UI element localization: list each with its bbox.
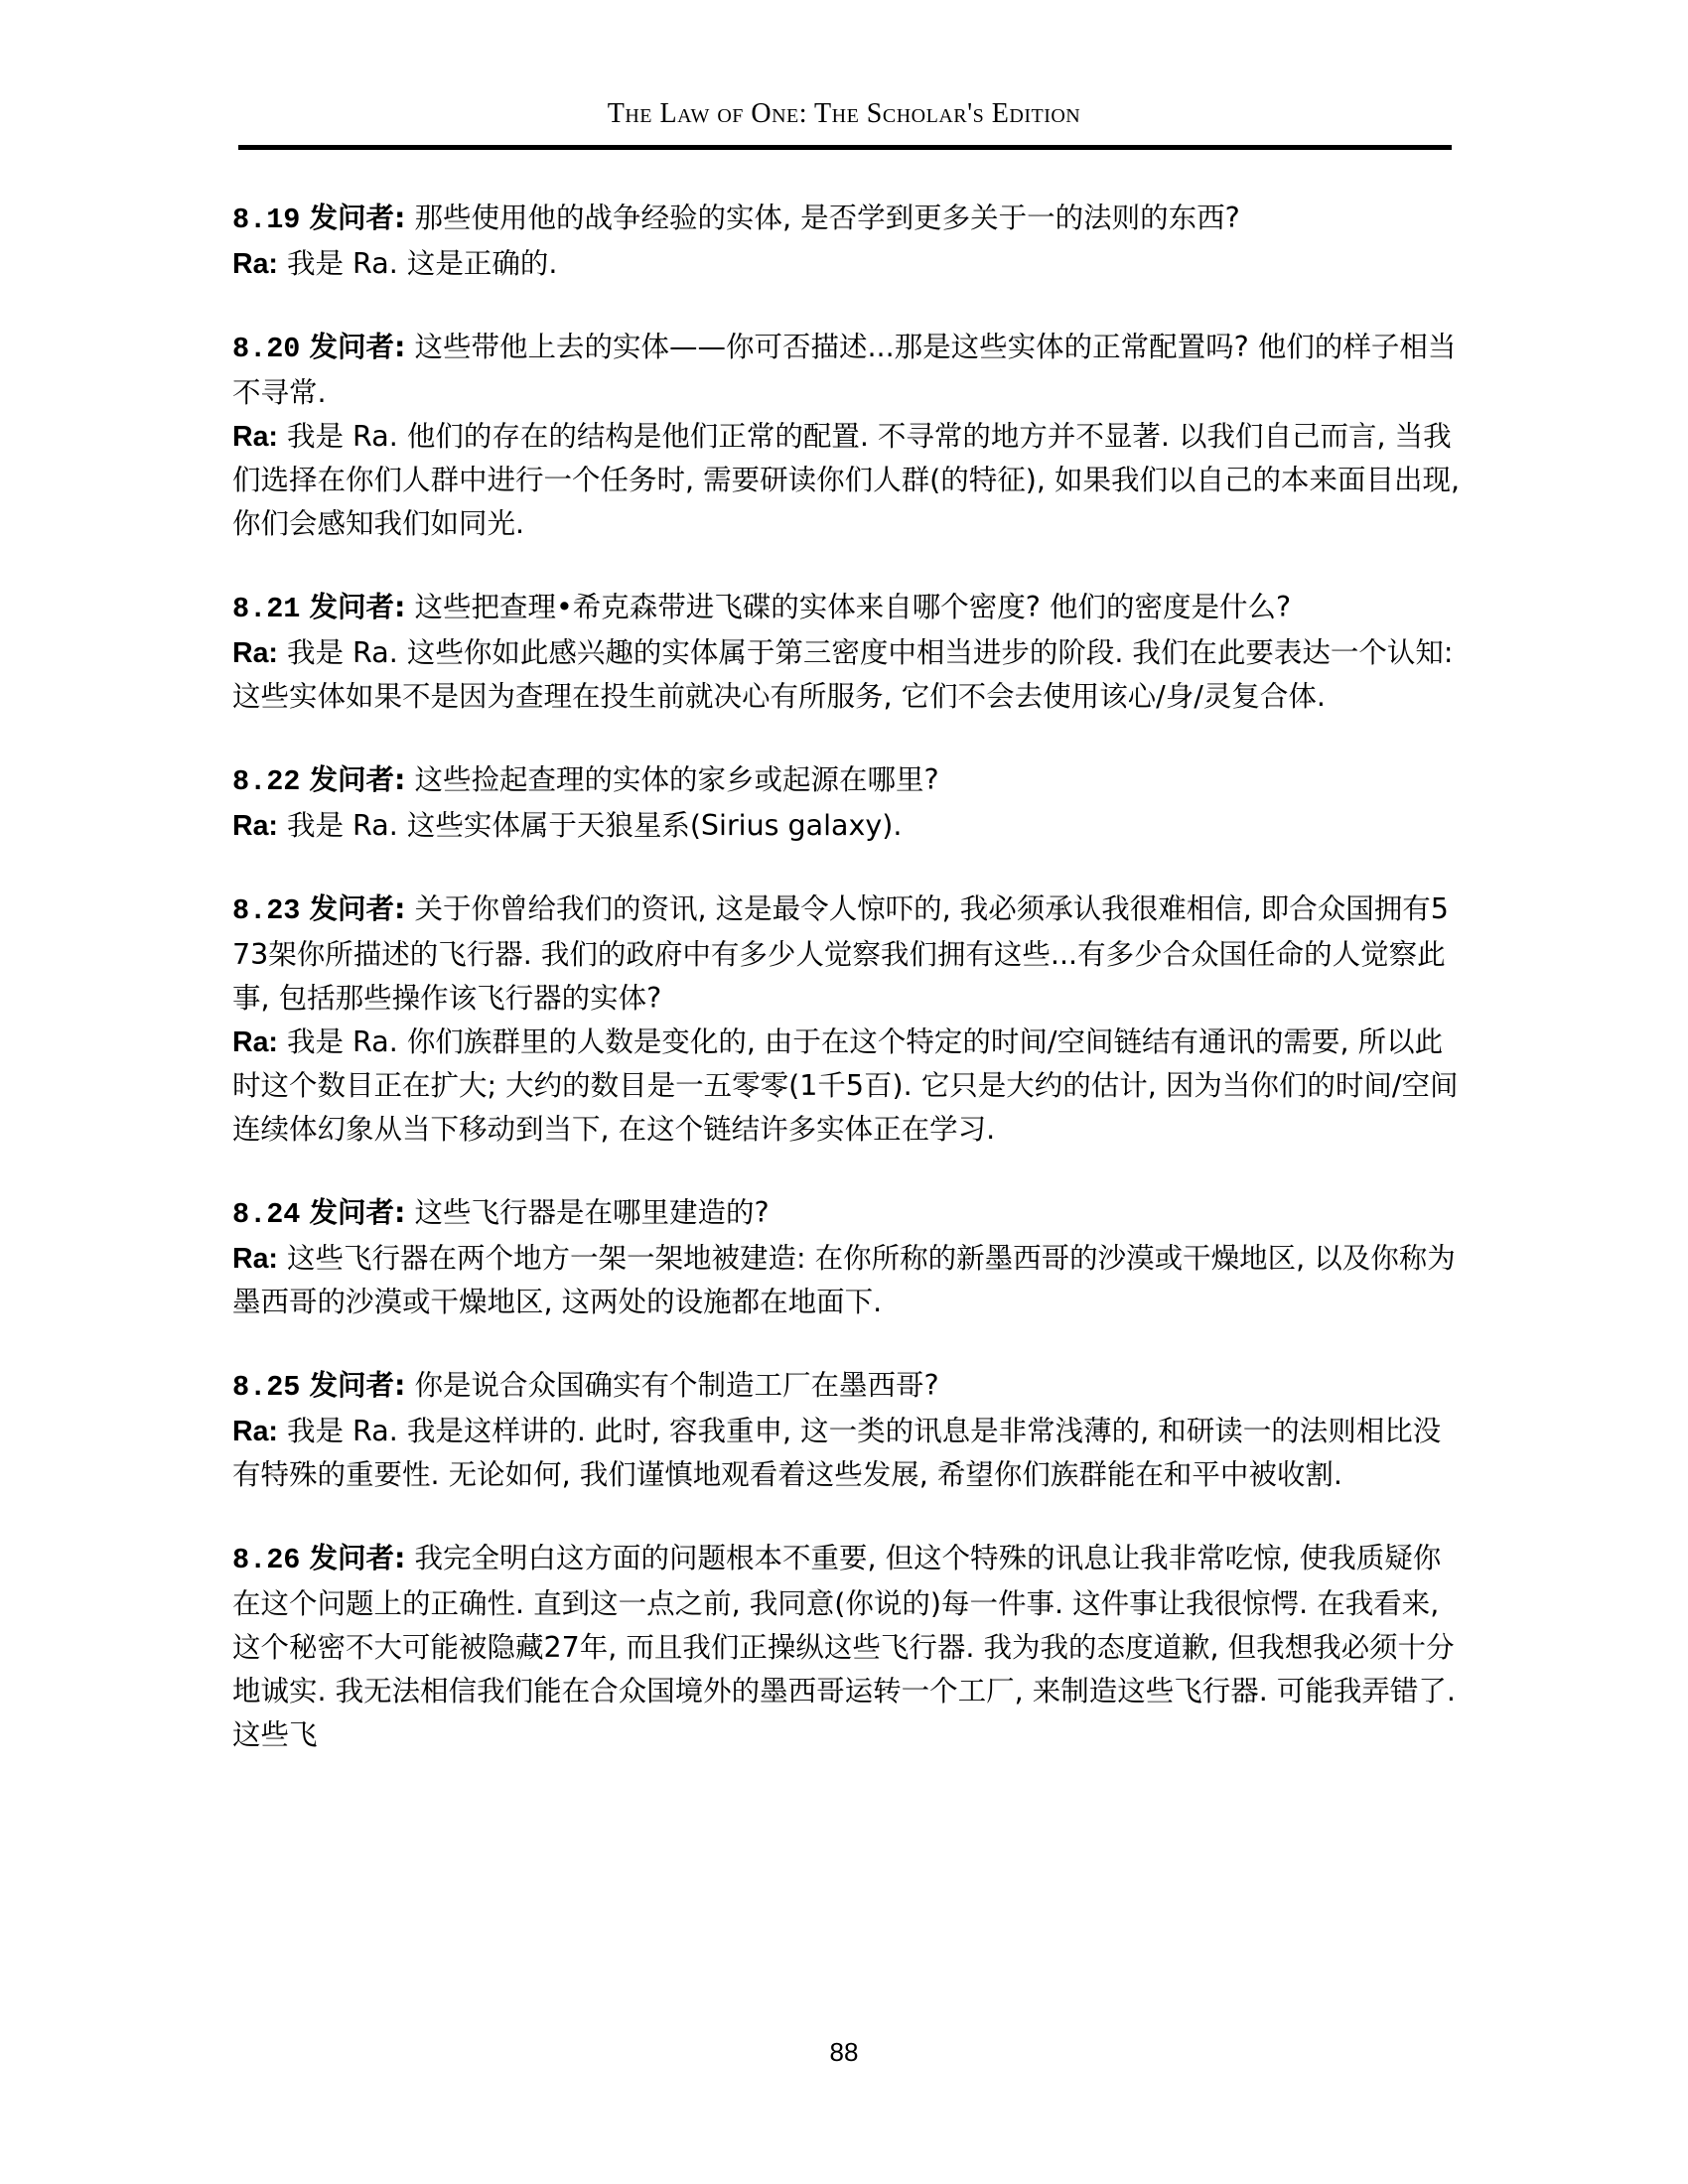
answer-paragraph: Ra: 我是 Ra. 我是这样讲的. 此时, 容我重申, 这一类的讯息是非常浅薄… (232, 1410, 1464, 1497)
questioner-label: 发问者: (309, 202, 405, 234)
question-text: 你是说合众国确实有个制造工厂在墨西哥? (405, 1369, 938, 1402)
question-paragraph: 8.26 发问者: 我完全明白这方面的问题根本不重要, 但这个特殊的讯息让我非常… (232, 1537, 1464, 1757)
question-text: 这些带他上去的实体——你可否描述...那是这些实体的正常配置吗? 他们的样子相当… (232, 331, 1456, 409)
answer-paragraph: Ra: 我是 Ra. 他们的存在的结构是他们正常的配置. 不寻常的地方并不显著.… (232, 415, 1464, 546)
questioner-label: 发问者: (309, 591, 405, 623)
ra-label: Ra: (232, 637, 278, 669)
question-paragraph: 8.21 发问者: 这些把查理•希克森带进飞碟的实体来自哪个密度? 他们的密度是… (232, 586, 1464, 631)
answer-paragraph: Ra: 我是 Ra. 这些实体属于天狼星系(Sirius galaxy). (232, 804, 1464, 848)
question-text: 这些飞行器是在哪里建造的? (405, 1196, 769, 1229)
answer-text: 我是 Ra. 这些你如此感兴趣的实体属于第三密度中相当进步的阶段. 我们在此要表… (232, 636, 1454, 713)
question-number: 8.20 (232, 333, 300, 365)
question-paragraph: 8.23 发问者: 关于你曾给我们的资讯, 这是最令人惊吓的, 我必须承认我很难… (232, 887, 1464, 1021)
answer-text: 我是 Ra. 这是正确的. (278, 247, 557, 280)
answer-paragraph: Ra: 这些飞行器在两个地方一架一架地被建造: 在你所称的新墨西哥的沙漠或干燥地… (232, 1237, 1464, 1324)
question-number: 8.19 (232, 204, 300, 236)
qa-entry-8-21: 8.21 发问者: 这些把查理•希克森带进飞碟的实体来自哪个密度? 他们的密度是… (232, 586, 1464, 719)
ra-label: Ra: (232, 1026, 278, 1058)
ra-label: Ra: (232, 810, 278, 842)
page-body: 8.19 发问者: 那些使用他的战争经验的实体, 是否学到更多关于一的法则的东西… (232, 197, 1464, 1797)
ra-label: Ra: (232, 1416, 278, 1447)
question-number: 8.26 (232, 1544, 300, 1576)
answer-text: 我是 Ra. 你们族群里的人数是变化的, 由于在这个特定的时间/空间链结有通讯的… (232, 1025, 1459, 1146)
qa-entry-8-26: 8.26 发问者: 我完全明白这方面的问题根本不重要, 但这个特殊的讯息让我非常… (232, 1537, 1464, 1757)
questioner-label: 发问者: (309, 1542, 405, 1574)
question-text: 我完全明白这方面的问题根本不重要, 但这个特殊的讯息让我非常吃惊, 使我质疑你在… (232, 1542, 1456, 1751)
question-number: 8.21 (232, 593, 300, 625)
question-text: 那些使用他的战争经验的实体, 是否学到更多关于一的法则的东西? (405, 202, 1239, 234)
answer-text: 这些飞行器在两个地方一架一架地被建造: 在你所称的新墨西哥的沙漠或干燥地区, 以… (232, 1242, 1456, 1318)
question-paragraph: 8.19 发问者: 那些使用他的战争经验的实体, 是否学到更多关于一的法则的东西… (232, 197, 1464, 242)
running-header-title: The Law of One: The Scholar's Edition (0, 97, 1688, 131)
page-number: 88 (0, 2037, 1688, 2068)
answer-text: 我是 Ra. 我是这样讲的. 此时, 容我重申, 这一类的讯息是非常浅薄的, 和… (232, 1415, 1441, 1491)
qa-entry-8-22: 8.22 发问者: 这些捡起查理的实体的家乡或起源在哪里? Ra: 我是 Ra.… (232, 758, 1464, 848)
question-text: 这些捡起查理的实体的家乡或起源在哪里? (405, 763, 938, 796)
answer-paragraph: Ra: 我是 Ra. 你们族群里的人数是变化的, 由于在这个特定的时间/空间链结… (232, 1021, 1464, 1152)
question-number: 8.23 (232, 894, 300, 927)
questioner-label: 发问者: (309, 1196, 405, 1229)
ra-label: Ra: (232, 1243, 278, 1275)
question-paragraph: 8.25 发问者: 你是说合众国确实有个制造工厂在墨西哥? (232, 1364, 1464, 1410)
questioner-label: 发问者: (309, 763, 405, 796)
question-text: 关于你曾给我们的资讯, 这是最令人惊吓的, 我必须承认我很难相信, 即合众国拥有… (232, 892, 1449, 1015)
ra-label: Ra: (232, 421, 278, 453)
ra-label: Ra: (232, 248, 278, 280)
qa-entry-8-25: 8.25 发问者: 你是说合众国确实有个制造工厂在墨西哥? Ra: 我是 Ra.… (232, 1364, 1464, 1497)
answer-paragraph: Ra: 我是 Ra. 这是正确的. (232, 242, 1464, 286)
questioner-label: 发问者: (309, 892, 405, 925)
qa-entry-8-23: 8.23 发问者: 关于你曾给我们的资讯, 这是最令人惊吓的, 我必须承认我很难… (232, 887, 1464, 1152)
question-paragraph: 8.24 发问者: 这些飞行器是在哪里建造的? (232, 1191, 1464, 1237)
qa-entry-8-20: 8.20 发问者: 这些带他上去的实体——你可否描述...那是这些实体的正常配置… (232, 326, 1464, 546)
qa-entry-8-24: 8.24 发问者: 这些飞行器是在哪里建造的? Ra: 这些飞行器在两个地方一架… (232, 1191, 1464, 1324)
answer-text: 我是 Ra. 他们的存在的结构是他们正常的配置. 不寻常的地方并不显著. 以我们… (232, 420, 1460, 540)
header-rule-divider (238, 145, 1452, 150)
question-text: 这些把查理•希克森带进飞碟的实体来自哪个密度? 他们的密度是什么? (405, 591, 1291, 623)
question-paragraph: 8.22 发问者: 这些捡起查理的实体的家乡或起源在哪里? (232, 758, 1464, 804)
question-number: 8.24 (232, 1198, 300, 1231)
question-paragraph: 8.20 发问者: 这些带他上去的实体——你可否描述...那是这些实体的正常配置… (232, 326, 1464, 415)
questioner-label: 发问者: (309, 1369, 405, 1402)
question-number: 8.22 (232, 765, 300, 798)
answer-text: 我是 Ra. 这些实体属于天狼星系(Sirius galaxy). (278, 809, 902, 842)
qa-entry-8-19: 8.19 发问者: 那些使用他的战争经验的实体, 是否学到更多关于一的法则的东西… (232, 197, 1464, 286)
questioner-label: 发问者: (309, 331, 405, 363)
question-number: 8.25 (232, 1371, 300, 1404)
answer-paragraph: Ra: 我是 Ra. 这些你如此感兴趣的实体属于第三密度中相当进步的阶段. 我们… (232, 631, 1464, 719)
